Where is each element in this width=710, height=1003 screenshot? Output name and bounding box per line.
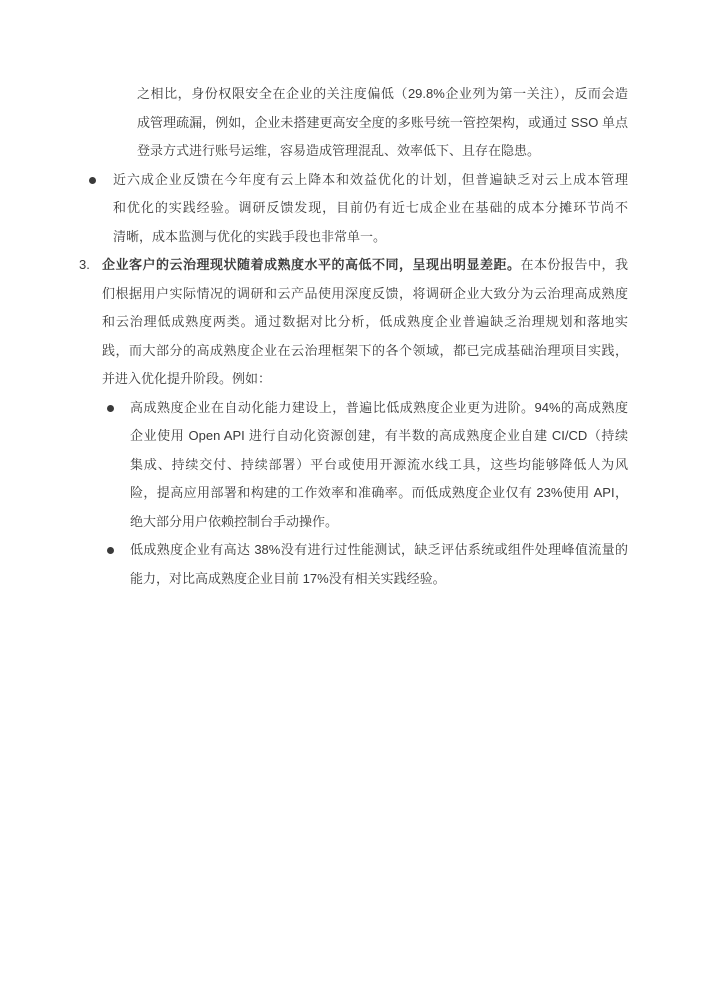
text-line: 和优化的实践经验。调研反馈发现，目前仍有近七成企业在基础的成本分摊环节尚不 [113,194,628,223]
text-line: 近六成企业反馈在今年度有云上降本和效益优化的计划，但普遍缺乏对云上成本管理 [113,166,628,195]
text-line: 之相比，身份权限安全在企业的关注度偏低（29.8%企业列为第一关注），反而会造 [137,80,628,109]
text-line: 践，而大部分的高成熟度企业在云治理框架下的各个领域，都已完成基础治理项目实践， [102,337,628,366]
text-line: 并进入优化提升阶段。例如： [102,365,628,394]
bullet-icon [107,547,114,554]
text-line: 企业使用 Open API 进行自动化资源创建，有半数的高成熟度企业自建 CI/… [130,422,628,451]
text-line: 企业客户的云治理现状随着成熟度水平的高低不同，呈现出明显差距。在本份报告中，我 [102,251,628,280]
text-line: 清晰，成本监测与优化的实践手段也非常单一。 [113,223,628,252]
text-line: 能力，对比高成熟度企业目前 17%没有相关实践经验。 [130,565,628,594]
bullet-item-cost-optimization: 近六成企业反馈在今年度有云上降本和效益优化的计划，但普遍缺乏对云上成本管理 和优… [113,166,628,252]
paragraph-continuation: 之相比，身份权限安全在企业的关注度偏低（29.8%企业列为第一关注），反而会造 … [137,80,628,166]
text-line: 高成熟度企业在自动化能力建设上，普遍比低成熟度企业更为进阶。94%的高成熟度 [130,394,628,423]
text-line: 们根据用户实际情况的调研和云产品使用深度反馈，将调研企业大致分为云治理高成熟度 [102,280,628,309]
sub-bullet-item-performance-testing: 低成熟度企业有高达 38%没有进行过性能测试，缺乏评估系统或组件处理峰值流量的 … [130,536,628,593]
list-number: 3. [79,251,90,280]
text-line: 低成熟度企业有高达 38%没有进行过性能测试，缺乏评估系统或组件处理峰值流量的 [130,536,628,565]
numbered-item-3: 3. 企业客户的云治理现状随着成熟度水平的高低不同，呈现出明显差距。在本份报告中… [102,251,628,394]
text-line: 登录方式进行账号运维，容易造成管理混乱、效率低下、且存在隐患。 [137,137,628,166]
page-body: 之相比，身份权限安全在企业的关注度偏低（29.8%企业列为第一关注），反而会造 … [0,80,710,593]
text-line: 险，提高应用部署和构建的工作效率和准确率。而低成熟度企业仅有 23%使用 API… [130,479,628,508]
text-line: 成管理疏漏，例如，企业未搭建更高安全度的多账号统一管控架构，或通过 SSO 单点 [137,109,628,138]
text-line: 绝大部分用户依赖控制台手动操作。 [130,508,628,537]
bullet-icon [89,177,96,184]
text-line: 集成、持续交付、持续部署）平台或使用开源流水线工具，这些均能够降低人为风 [130,451,628,480]
document-page: 之相比，身份权限安全在企业的关注度偏低（29.8%企业列为第一关注），反而会造 … [0,0,710,1003]
lead-sentence-bold: 企业客户的云治理现状随着成熟度水平的高低不同，呈现出明显差距。 [102,257,520,272]
bullet-icon [107,405,114,412]
text-line: 和云治理低成熟度两类。通过数据对比分析，低成熟度企业普遍缺乏治理规划和落地实 [102,308,628,337]
text-run: 在本份报告中，我 [520,257,628,272]
sub-bullet-item-automation: 高成熟度企业在自动化能力建设上，普遍比低成熟度企业更为进阶。94%的高成熟度 企… [130,394,628,537]
